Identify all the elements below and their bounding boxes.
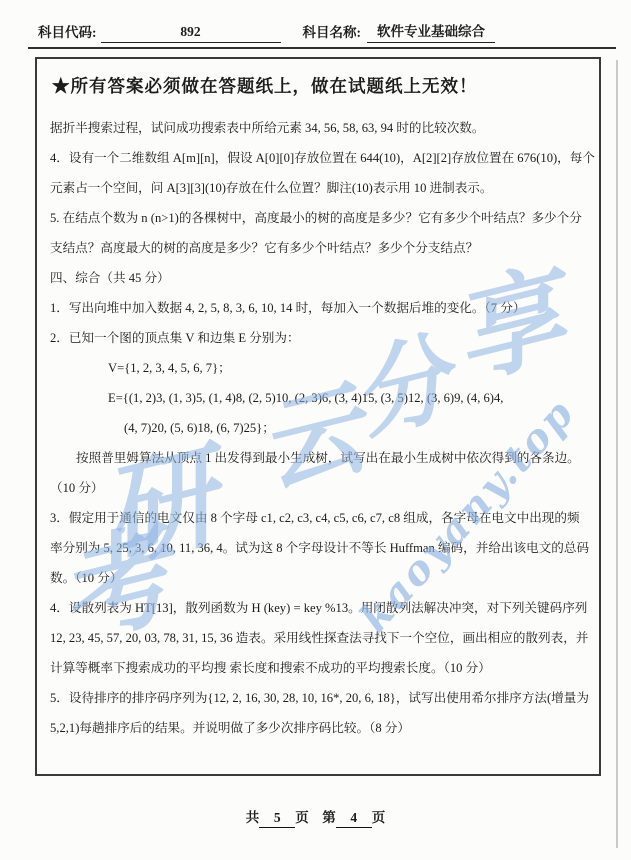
body-line: 5,2,1)每趟排序后的结果。并说明做了多少次排序码比较。（8 分） bbox=[50, 713, 587, 743]
body-line: 数。（10 分） bbox=[50, 563, 587, 593]
subject-name-value: 软件专业基础综合 bbox=[367, 20, 495, 43]
body-line: 12, 23, 45, 57, 20, 03, 78, 31, 15, 36 造… bbox=[50, 623, 587, 653]
body-line: V={1, 2, 3, 4, 5, 6, 7}； bbox=[50, 353, 587, 383]
footer-total-unit: 页 bbox=[295, 810, 309, 825]
footer-total-label: 共 bbox=[246, 810, 260, 825]
body-line: 1．写出向堆中加入数据 4, 2, 5, 8, 3, 6, 10, 14 时，每… bbox=[50, 293, 587, 323]
body-line: 5．设待排序的排序码序列为{12, 2, 16, 30, 28, 10, 16*… bbox=[50, 683, 587, 713]
body-line: 按照普里姆算法从顶点 1 出发得到最小生成树，试写出在最小生成树中依次得到的各条… bbox=[50, 443, 587, 473]
scan-page-edge bbox=[616, 60, 618, 848]
page-footer: 共5页 第4页 bbox=[0, 806, 631, 828]
body-line: 2．已知一个图的顶点集 V 和边集 E 分别为： bbox=[50, 323, 587, 353]
body-line: 3．假定用于通信的电文仅由 8 个字母 c1, c2, c3, c4, c5, … bbox=[50, 503, 587, 533]
answer-sheet-notice: ★所有答案必须做在答题纸上，做在试题纸上无效！ bbox=[52, 73, 587, 98]
body-line: 元素占一个空间，问 A[3][3](10)存放在什么位置？脚注(10)表示用 1… bbox=[50, 173, 587, 203]
body-line: E={(1, 2)3, (1, 3)5, (1, 4)8, (2, 5)10, … bbox=[50, 383, 587, 413]
body-line: 率分别为 5, 25, 3, 6, 10, 11, 36, 4。试为这 8 个字… bbox=[50, 533, 587, 563]
subject-code-value: 892 bbox=[101, 24, 281, 43]
body-line: （10 分） bbox=[50, 473, 587, 503]
exam-paper-page: 科目代码: 892 科目名称: 软件专业基础综合 ★所有答案必须做在答题纸上，做… bbox=[0, 0, 631, 860]
page-header: 科目代码: 892 科目名称: 软件专业基础综合 bbox=[38, 20, 606, 43]
body-line: (4, 7)20, (5, 6)18, (6, 7)25}； bbox=[50, 413, 587, 443]
footer-page-unit: 页 bbox=[372, 810, 386, 825]
footer-page-number: 4 bbox=[336, 810, 372, 828]
question-box: ★所有答案必须做在答题纸上，做在试题纸上无效！ 据折半搜索过程，试问成功搜索表中… bbox=[35, 57, 601, 776]
subject-code-label: 科目代码: bbox=[38, 21, 97, 43]
footer-page-label: 第 bbox=[322, 810, 336, 825]
body-line: 4．设有一个二维数组 A[m][n]，假设 A[0][0]存放位置在 644(1… bbox=[50, 143, 587, 173]
body-line: 4．设散列表为 HT[13]，散列函数为 H (key) = key %13。用… bbox=[50, 593, 587, 623]
body-line: 计算等概率下搜索成功的平均搜 索长度和搜索不成功的平均搜索长度。（10 分） bbox=[50, 653, 587, 683]
header-divider bbox=[28, 47, 616, 49]
body-lines: 据折半搜索过程，试问成功搜索表中所给元素 34, 56, 58, 63, 94 … bbox=[50, 113, 587, 743]
body-line: 据折半搜索过程，试问成功搜索表中所给元素 34, 56, 58, 63, 94 … bbox=[50, 113, 587, 143]
footer-total-pages: 5 bbox=[259, 810, 295, 828]
body-line: 5. 在结点个数为 n (n>1)的各棵树中，高度最小的树的高度是多少？它有多少… bbox=[50, 203, 587, 233]
body-line: 四、综合（共 45 分） bbox=[50, 263, 587, 293]
subject-name-label: 科目名称: bbox=[303, 21, 362, 43]
body-line: 支结点？高度最大的树的高度是多少？它有多少个叶结点？多少个分支结点？ bbox=[50, 233, 587, 263]
